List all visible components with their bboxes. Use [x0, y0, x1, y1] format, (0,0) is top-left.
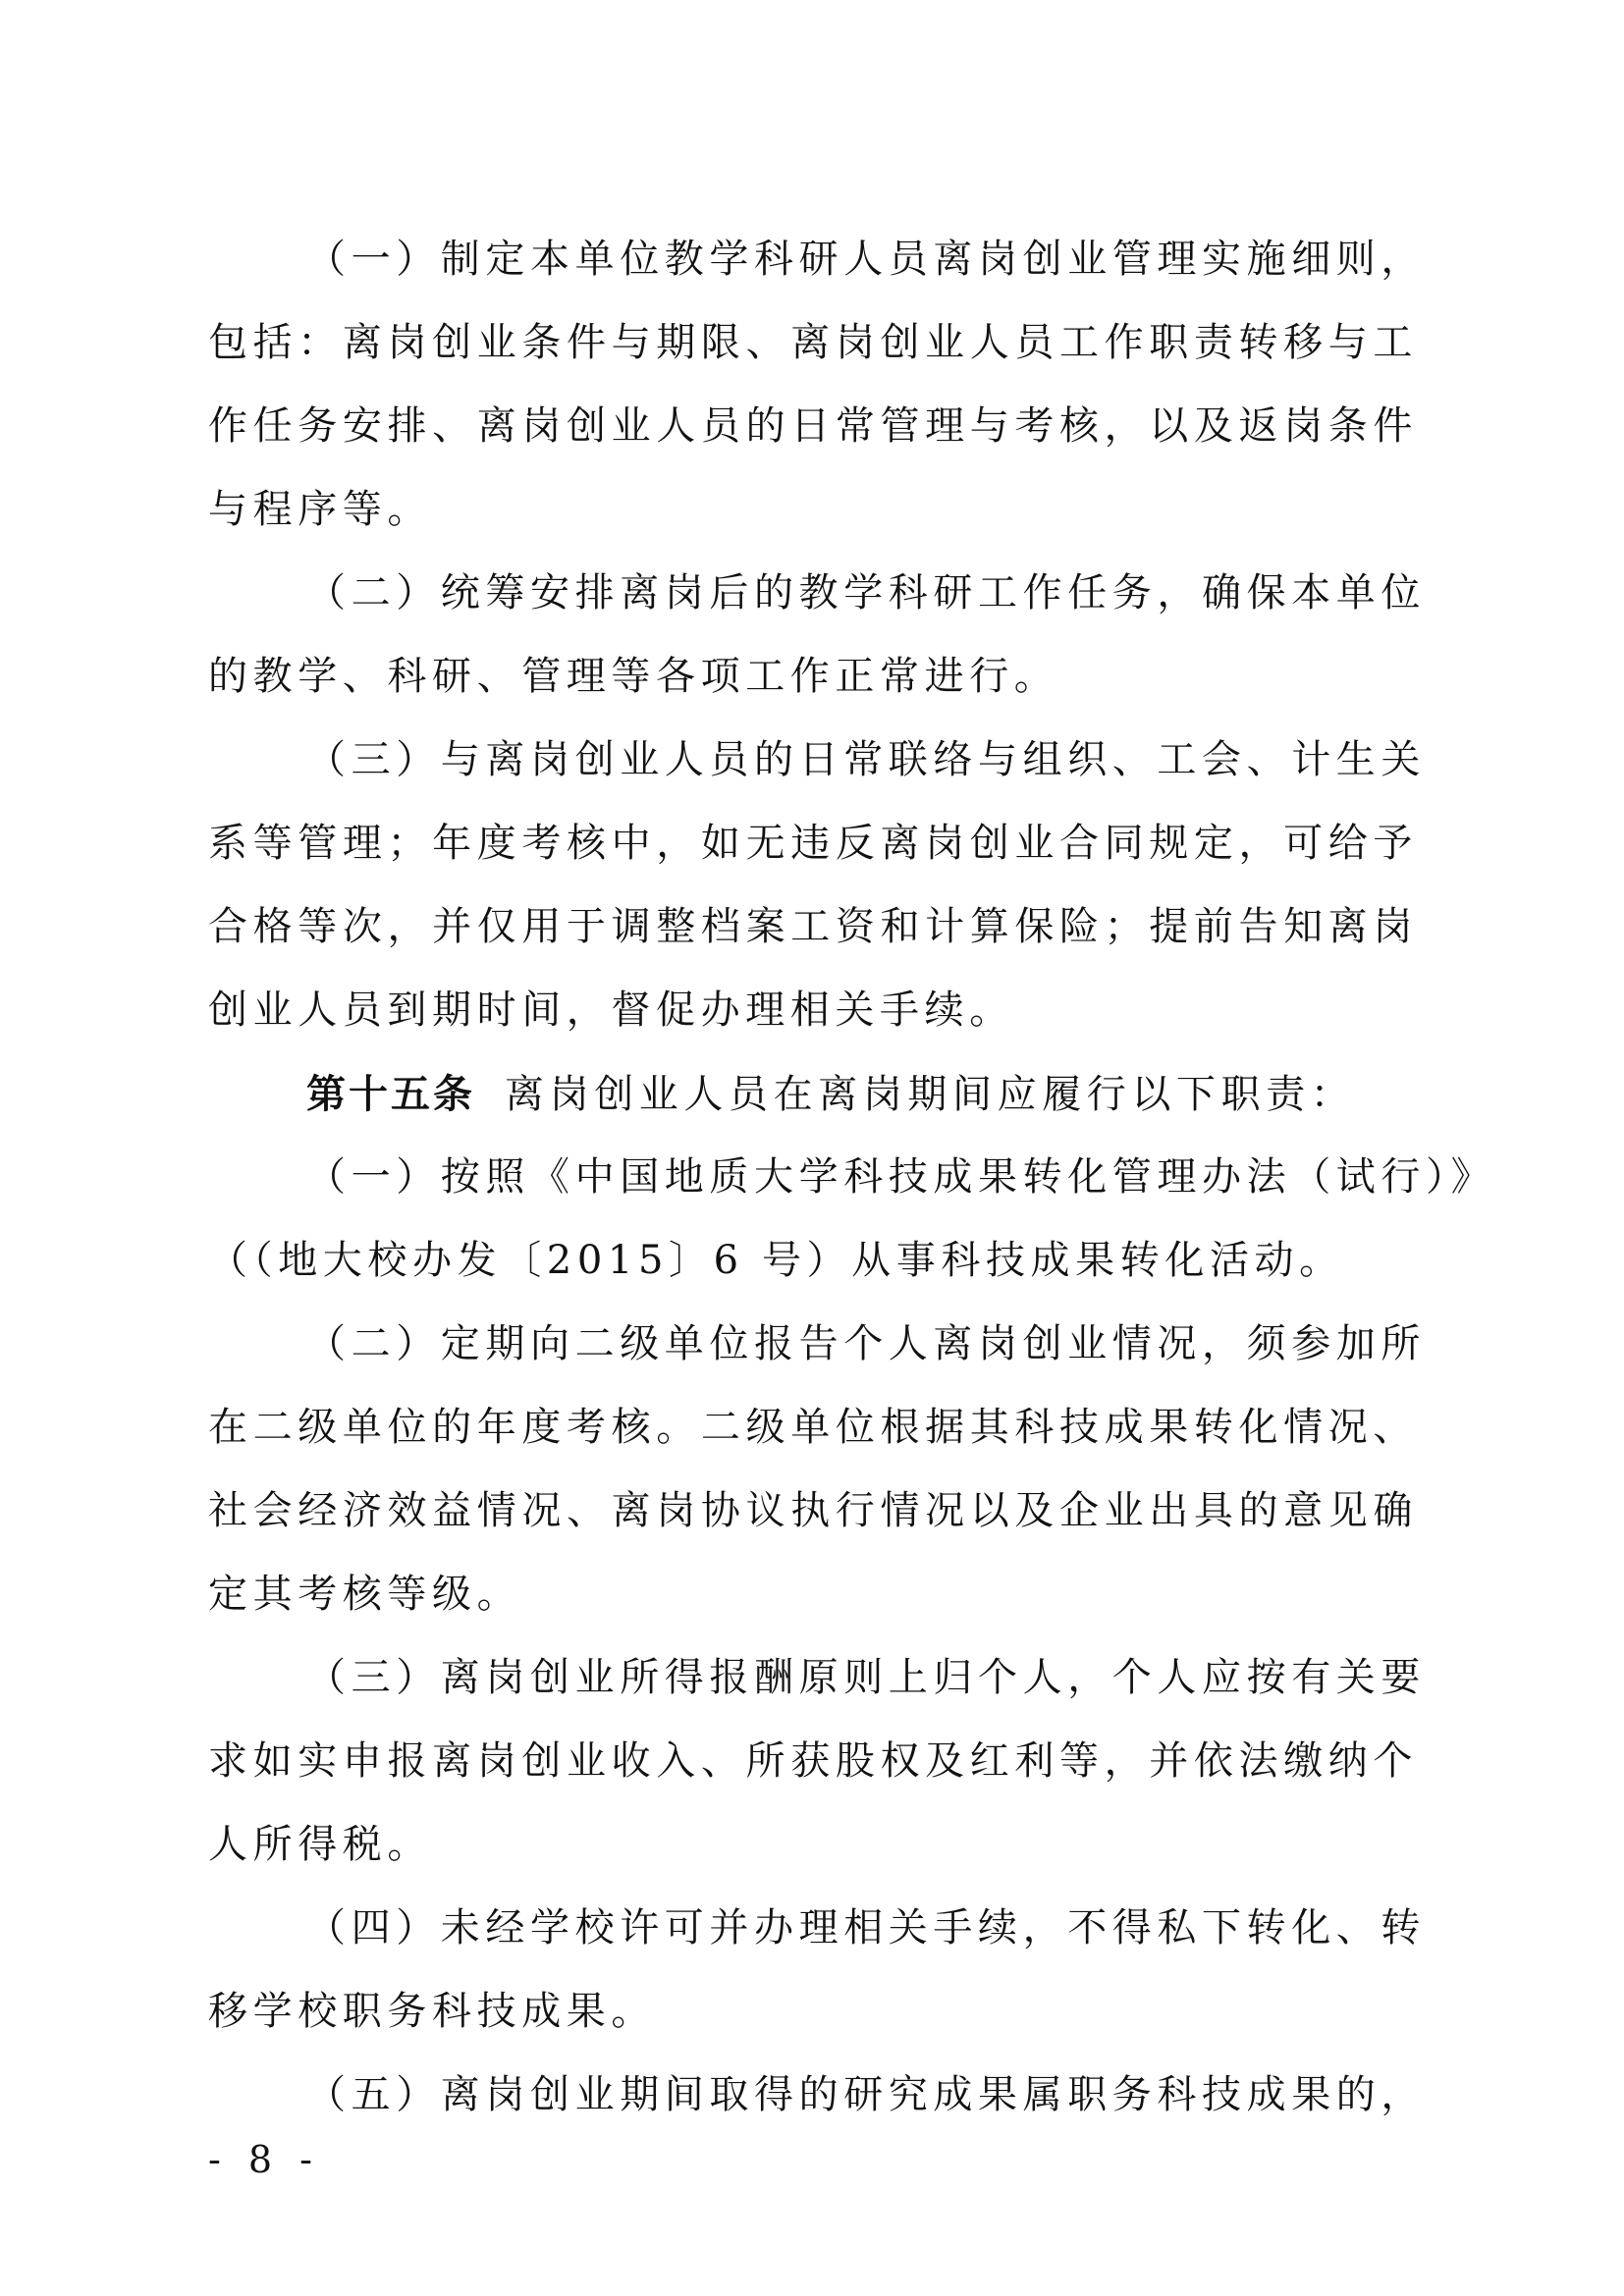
paragraph-line: 合格等次，并仅用于调整档案工资和计算保险；提前告知离岗 [208, 885, 1418, 969]
paragraph-line: （二）统筹安排离岗后的教学科研工作任务，确保本单位 [208, 552, 1418, 635]
paragraph-line: （一）制定本单位教学科研人员离岗创业管理实施细则， [208, 218, 1418, 301]
paragraph-line: 作任务安排、离岗创业人员的日常管理与考核，以及返岗条件 [208, 385, 1418, 468]
paragraph-line: 移学校职务科技成果。 [208, 1970, 1418, 2054]
paragraph-line: （（地大校办发〔2015〕6 号）从事科技成果转化活动。 [208, 1219, 1418, 1303]
article-heading-line: 第十五条离岗创业人员在离岗期间应履行以下职责： [208, 1052, 1418, 1136]
paragraph-line: （三）离岗创业所得报酬原则上归个人，个人应按有关要 [208, 1636, 1418, 1720]
article-number: 第十五条 [306, 1071, 475, 1117]
paragraph-line: 与程序等。 [208, 468, 1418, 552]
paragraph-line: （一）按照《中国地质大学科技成果转化管理办法（试行）》 [208, 1136, 1418, 1219]
paragraph-line: （二）定期向二级单位报告个人离岗创业情况，须参加所 [208, 1303, 1418, 1386]
paragraph-line: （四）未经学校许可并办理相关手续，不得私下转化、转 [208, 1887, 1418, 1970]
paragraph-line: 在二级单位的年度考核。二级单位根据其科技成果转化情况、 [208, 1386, 1418, 1469]
paragraph-line: 包括：离岗创业条件与期限、离岗创业人员工作职责转移与工 [208, 301, 1418, 385]
paragraph-line: 创业人员到期时间，督促办理相关手续。 [208, 969, 1418, 1052]
paragraph-line: （三）与离岗创业人员的日常联络与组织、工会、计生关 [208, 719, 1418, 802]
document-page: （一）制定本单位教学科研人员离岗创业管理实施细则， 包括：离岗创业条件与期限、离… [0, 0, 1624, 2296]
paragraph-line: 定其考核等级。 [208, 1553, 1418, 1636]
paragraph-line: 的教学、科研、管理等各项工作正常进行。 [208, 635, 1418, 719]
document-body: （一）制定本单位教学科研人员离岗创业管理实施细则， 包括：离岗创业条件与期限、离… [208, 218, 1418, 2137]
page-number: - 8 - [208, 2130, 320, 2189]
paragraph-line: 系等管理；年度考核中，如无违反离岗创业合同规定，可给予 [208, 802, 1418, 885]
paragraph-line: （五）离岗创业期间取得的研究成果属职务科技成果的， [208, 2054, 1418, 2137]
paragraph-line: 求如实申报离岗创业收入、所获股权及红利等，并依法缴纳个 [208, 1720, 1418, 1803]
paragraph-line: 社会经济效益情况、离岗协议执行情况以及企业出具的意见确 [208, 1469, 1418, 1553]
article-intro: 离岗创业人员在离岗期间应履行以下职责： [505, 1072, 1355, 1117]
paragraph-line: 人所得税。 [208, 1803, 1418, 1887]
